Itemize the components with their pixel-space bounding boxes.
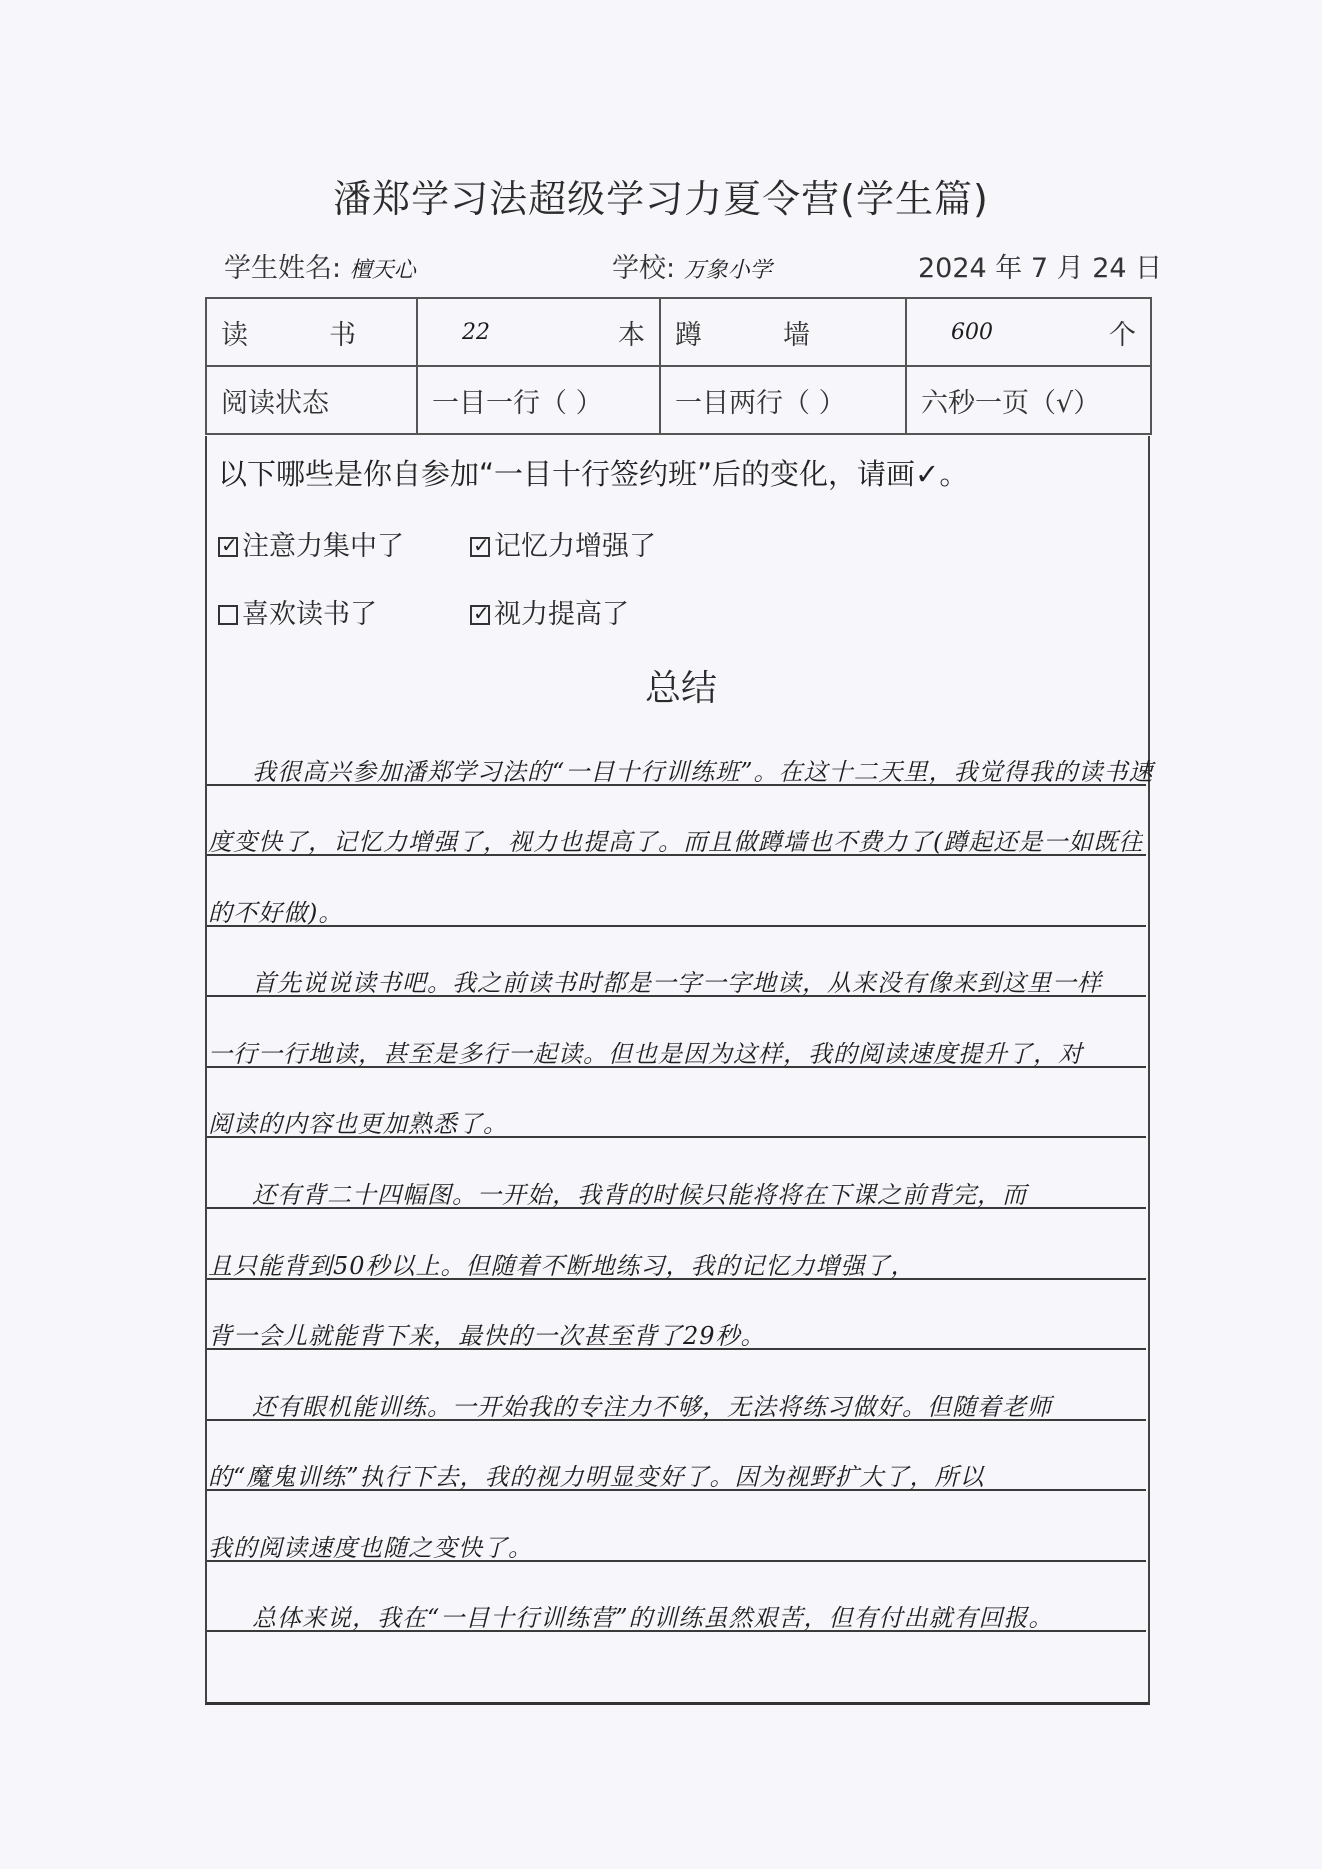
reading-status-label-cell: 阅读状态 [206, 366, 417, 434]
stats-row-counts: 读 书 22 本 蹲 墙 600 个 [206, 298, 1151, 366]
date-value: 2024 年 7 月 24 日 [918, 253, 1162, 284]
page-title: 潘郑学习法超级学习力夏令营(学生篇) [0, 168, 1322, 223]
school-field: 学校: 万象小学 [612, 246, 772, 285]
summary-line: 的不好做)。 [208, 893, 1143, 933]
summary-line: 还有眼机能训练。一开始我的专注力不够，无法将练习做好。但随着老师 [208, 1387, 1187, 1427]
status-option-label: 一目两行（ ） [675, 388, 846, 419]
school-value: 万象小学 [684, 258, 772, 283]
summary-line: 我很高兴参加潘郑学习法的“一目十行训练班”。在这十二天里，我觉得我的读书速 [208, 752, 1187, 792]
change-option-reading: 喜欢读书了 [218, 592, 377, 631]
summary-line: 度变快了，记忆力增强了，视力也提高了。而且做蹲墙也不费力了(蹲起还是一如既往 [208, 822, 1143, 862]
checkbox-checked-icon [218, 537, 238, 557]
status-option-label: 六秒一页（√） [921, 388, 1100, 419]
squat-wall-label-cell: 蹲 墙 [660, 298, 906, 366]
status-option-label: 一目一行（ ） [432, 388, 603, 419]
status-option-one-line: 一目一行（ ） [417, 366, 660, 434]
checkbox-empty-icon [218, 605, 238, 625]
summary-line: 阅读的内容也更加熟悉了。 [208, 1104, 1143, 1144]
summary-line: 首先说说读书吧。我之前读书时都是一字一字地读，从来没有像来到这里一样 [208, 963, 1187, 1003]
change-option-label: 喜欢读书了 [242, 599, 377, 630]
change-option-label: 注意力集中了 [242, 531, 404, 562]
change-option-label: 视力提高了 [494, 599, 629, 630]
changes-question: 以下哪些是你自参加“一目十行签约班”后的变化，请画✓。 [218, 452, 968, 493]
squat-count: 600 [921, 320, 993, 345]
books-unit: 本 [618, 313, 645, 352]
summary-line: 背一会儿就能背下来，最快的一次甚至背了29秒。 [208, 1316, 1143, 1356]
status-option-six-seconds: 六秒一页（√） [906, 366, 1151, 434]
summary-line: 还有背二十四幅图。一开始，我背的时候只能将将在下课之前背完，而 [208, 1175, 1187, 1215]
student-name-label: 学生姓名: [224, 253, 341, 284]
summary-line: 总体来说，我在“一目十行训练营”的训练虽然艰苦，但有付出就有回报。 [208, 1598, 1187, 1638]
read-books-label: 读 书 [221, 320, 356, 351]
date-field: 2024 年 7 月 24 日 [918, 246, 1162, 285]
checkbox-checked-icon [470, 605, 490, 625]
checkbox-checked-icon [470, 537, 490, 557]
summary-line: 且只能背到50秒以上。但随着不断地练习，我的记忆力增强了， [208, 1246, 1143, 1286]
status-option-two-lines: 一目两行（ ） [660, 366, 906, 434]
change-option-attention: 注意力集中了 [218, 524, 404, 563]
summary-line: 的“魔鬼训练”执行下去，我的视力明显变好了。因为视野扩大了，所以 [208, 1457, 1143, 1497]
squat-wall-label: 蹲 墙 [675, 320, 810, 351]
read-books-label-cell: 读 书 [206, 298, 417, 366]
books-count-cell: 22 本 [417, 298, 660, 366]
squat-count-cell: 600 个 [906, 298, 1151, 366]
reading-status-label: 阅读状态 [221, 388, 329, 419]
stats-table: 读 书 22 本 蹲 墙 600 个 阅读状态 一目一行（ ） 一目两行（ ） … [205, 297, 1152, 435]
student-name-value: 檀天心 [350, 258, 416, 283]
summary-line [208, 1669, 1143, 1709]
school-label: 学校: [612, 253, 675, 284]
change-option-label: 记忆力增强了 [494, 531, 656, 562]
summary-line: 我的阅读速度也随之变快了。 [208, 1528, 1143, 1568]
student-name-field: 学生姓名: 檀天心 [224, 246, 416, 285]
change-option-memory: 记忆力增强了 [470, 524, 656, 563]
change-option-vision: 视力提高了 [470, 592, 629, 631]
books-count: 22 [432, 320, 490, 345]
squat-unit: 个 [1109, 313, 1136, 352]
stats-row-reading-status: 阅读状态 一目一行（ ） 一目两行（ ） 六秒一页（√） [206, 366, 1151, 434]
summary-line: 一行一行地读，甚至是多行一起读。但也是因为这样，我的阅读速度提升了，对 [208, 1034, 1143, 1074]
summary-heading: 总结 [0, 660, 1322, 711]
